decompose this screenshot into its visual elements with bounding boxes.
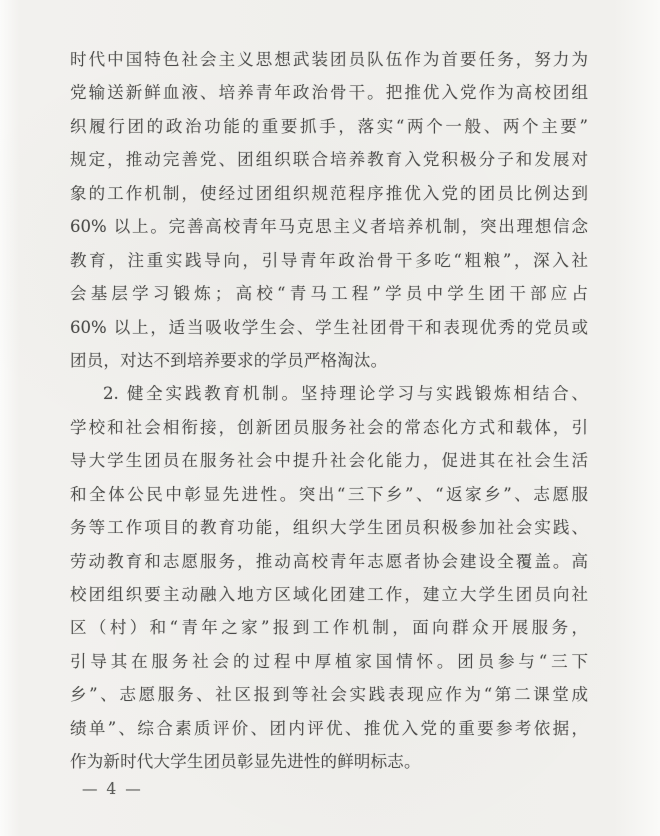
document-page: 时代中国特色社会主义思想武装团员队伍作为首要任务，努力为 党输送新鲜血液、培养青… (0, 0, 660, 836)
text-line: 务等工作项目的教育功能，组织大学生团员积极参加社会实践、 (70, 511, 588, 544)
text-line: 织履行团的政治功能的重要抓手，落实“两个一般、两个主要” (70, 110, 588, 143)
text-line: 乡”、志愿服务、社区报到等社会实践表现应作为“第二课堂成 (70, 678, 588, 711)
text-line: 象的工作机制，使经过团组织规范程序推优入党的团员比例达到 (70, 177, 588, 210)
text-line: 劳动教育和志愿服务，推动高校青年志愿者协会建设全覆盖。高 (70, 545, 588, 578)
text-line: 规定，推动完善党、团组织联合培养教育入党积极分子和发展对 (70, 143, 588, 176)
text-line: 导大学生团员在服务社会中提升社会化能力，促进其在社会生活 (70, 444, 588, 477)
page-number: — 4 — (82, 779, 143, 799)
text-line: 会基层学习锻炼；高校“青马工程”学员中学生团干部应占 (70, 277, 588, 310)
text-line: 引导其在服务社会的过程中厚植家国情怀。团员参与“三下 (70, 645, 588, 678)
text-line: 党输送新鲜血液、培养青年政治骨干。把推优入党作为高校团组 (70, 76, 588, 109)
text-line: 绩单”、综合素质评价、团内评优、推优入党的重要参考依据， (70, 712, 588, 745)
body-text: 时代中国特色社会主义思想武装团员队伍作为首要任务，努力为 党输送新鲜血液、培养青… (70, 43, 588, 779)
text-line: 时代中国特色社会主义思想武装团员队伍作为首要任务，努力为 (70, 43, 588, 76)
text-line: 团员，对达不到培养要求的学员严格淘汰。 (70, 344, 588, 377)
text-line: 区（村）和“青年之家”报到工作机制，面向群众开展服务， (70, 611, 588, 644)
text-line-paragraph-start: 2. 健全实践教育机制。坚持理论学习与实践锻炼相结合、 (70, 377, 588, 410)
text-line: 60% 以上，适当吸收学生会、学生社团骨干和表现优秀的党员或 (70, 311, 588, 344)
text-line: 和全体公民中彰显先进性。突出“三下乡”、“返家乡”、志愿服 (70, 478, 588, 511)
text-line: 教育，注重实践导向，引导青年政治骨干多吃“粗粮”，深入社 (70, 244, 588, 277)
text-line: 校团组织要主动融入地方区域化团建工作，建立大学生团员向社 (70, 578, 588, 611)
text-line: 作为新时代大学生团员彰显先进性的鲜明标志。 (70, 745, 588, 778)
text-line: 60% 以上。完善高校青年马克思主义者培养机制，突出理想信念 (70, 210, 588, 243)
text-line: 学校和社会相衔接，创新团员服务社会的常态化方式和载体，引 (70, 411, 588, 444)
